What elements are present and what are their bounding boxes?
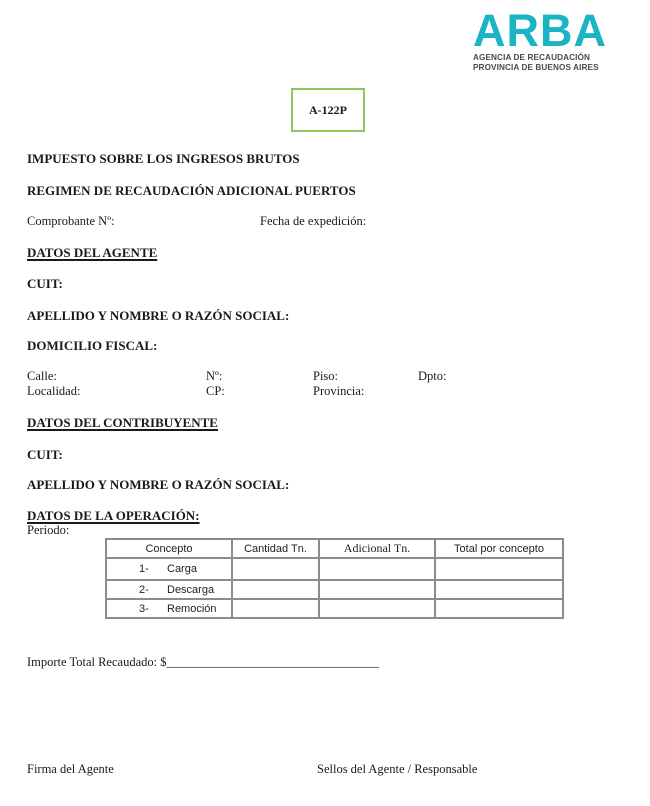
operations-table: Concepto Cantidad Tn. Adicional Tn. Tota… xyxy=(105,538,564,619)
agente-domicilio-label: DOMICILIO FISCAL: xyxy=(27,338,157,354)
cp-label: CP: xyxy=(206,384,225,399)
header-concepto: Concepto xyxy=(106,539,232,558)
importe-total-line: __________________________________ xyxy=(166,655,379,669)
section-heading-contribuyente: DATOS DEL CONTRIBUYENTE xyxy=(27,415,218,431)
importe-total-field[interactable]: Importe Total Recaudado: $______________… xyxy=(27,655,379,670)
section-heading-operacion: DATOS DE LA OPERACIÓN: xyxy=(27,508,200,524)
header-cantidad: Cantidad Tn. xyxy=(232,539,319,558)
concepto-cell: 1-Carga xyxy=(106,558,232,580)
concepto-name: Remoción xyxy=(167,603,217,615)
concepto-name: Descarga xyxy=(167,584,214,596)
fecha-expedicion-label: Fecha de expedición: xyxy=(260,214,366,229)
adicional-cell[interactable] xyxy=(319,580,435,599)
table-header-row: Concepto Cantidad Tn. Adicional Tn. Tota… xyxy=(106,539,563,558)
cantidad-cell[interactable] xyxy=(232,599,319,618)
row-number: 1- xyxy=(139,563,167,575)
arba-logo: ARBA AGENCIA DE RECAUDACIÓN PROVINCIA DE… xyxy=(473,8,607,73)
sellos-agente-label: Sellos del Agente / Responsable xyxy=(317,762,477,777)
regime-title: REGIMEN DE RECAUDACIÓN ADICIONAL PUERTOS xyxy=(27,183,356,199)
table-row: 2-Descarga xyxy=(106,580,563,599)
numero-label: Nº: xyxy=(206,369,222,384)
cantidad-cell[interactable] xyxy=(232,580,319,599)
adicional-cell[interactable] xyxy=(319,599,435,618)
form-code-box: A-122P xyxy=(291,88,365,132)
document-title: IMPUESTO SOBRE LOS INGRESOS BRUTOS xyxy=(27,151,300,167)
dpto-label: Dpto: xyxy=(418,369,446,384)
header-adicional: Adicional Tn. xyxy=(319,539,435,558)
cantidad-cell[interactable] xyxy=(232,558,319,580)
total-cell[interactable] xyxy=(435,580,563,599)
logo-subtitle-line1: AGENCIA DE RECAUDACIÓN xyxy=(473,53,607,63)
piso-label: Piso: xyxy=(313,369,338,384)
calle-label: Calle: xyxy=(27,369,57,384)
comprobante-label: Comprobante Nº: xyxy=(27,214,115,229)
contribuyente-nombre-label: APELLIDO Y NOMBRE O RAZÓN SOCIAL: xyxy=(27,477,289,493)
adicional-cell[interactable] xyxy=(319,558,435,580)
total-cell[interactable] xyxy=(435,558,563,580)
provincia-label: Provincia: xyxy=(313,384,364,399)
section-heading-agente: DATOS DEL AGENTE xyxy=(27,245,157,261)
logo-mark: ARBA xyxy=(473,8,607,53)
form-code: A-122P xyxy=(309,103,347,118)
concepto-cell: 2-Descarga xyxy=(106,580,232,599)
logo-subtitle-line2: PROVINCIA DE BUENOS AIRES xyxy=(473,63,607,73)
importe-total-label: Importe Total Recaudado: $ xyxy=(27,655,166,669)
contribuyente-cuit-label: CUIT: xyxy=(27,447,63,463)
firma-agente-label: Firma del Agente xyxy=(27,762,114,777)
table-row: 1-Carga xyxy=(106,558,563,580)
row-number: 2- xyxy=(139,584,167,596)
header-total: Total por concepto xyxy=(435,539,563,558)
periodo-label: Periodo: xyxy=(27,523,69,538)
concepto-name: Carga xyxy=(167,563,197,575)
agente-nombre-label: APELLIDO Y NOMBRE O RAZÓN SOCIAL: xyxy=(27,308,289,324)
total-cell[interactable] xyxy=(435,599,563,618)
concepto-cell: 3-Remoción xyxy=(106,599,232,618)
table-row: 3-Remoción xyxy=(106,599,563,618)
row-number: 3- xyxy=(139,603,167,615)
agente-cuit-label: CUIT: xyxy=(27,276,63,292)
localidad-label: Localidad: xyxy=(27,384,80,399)
